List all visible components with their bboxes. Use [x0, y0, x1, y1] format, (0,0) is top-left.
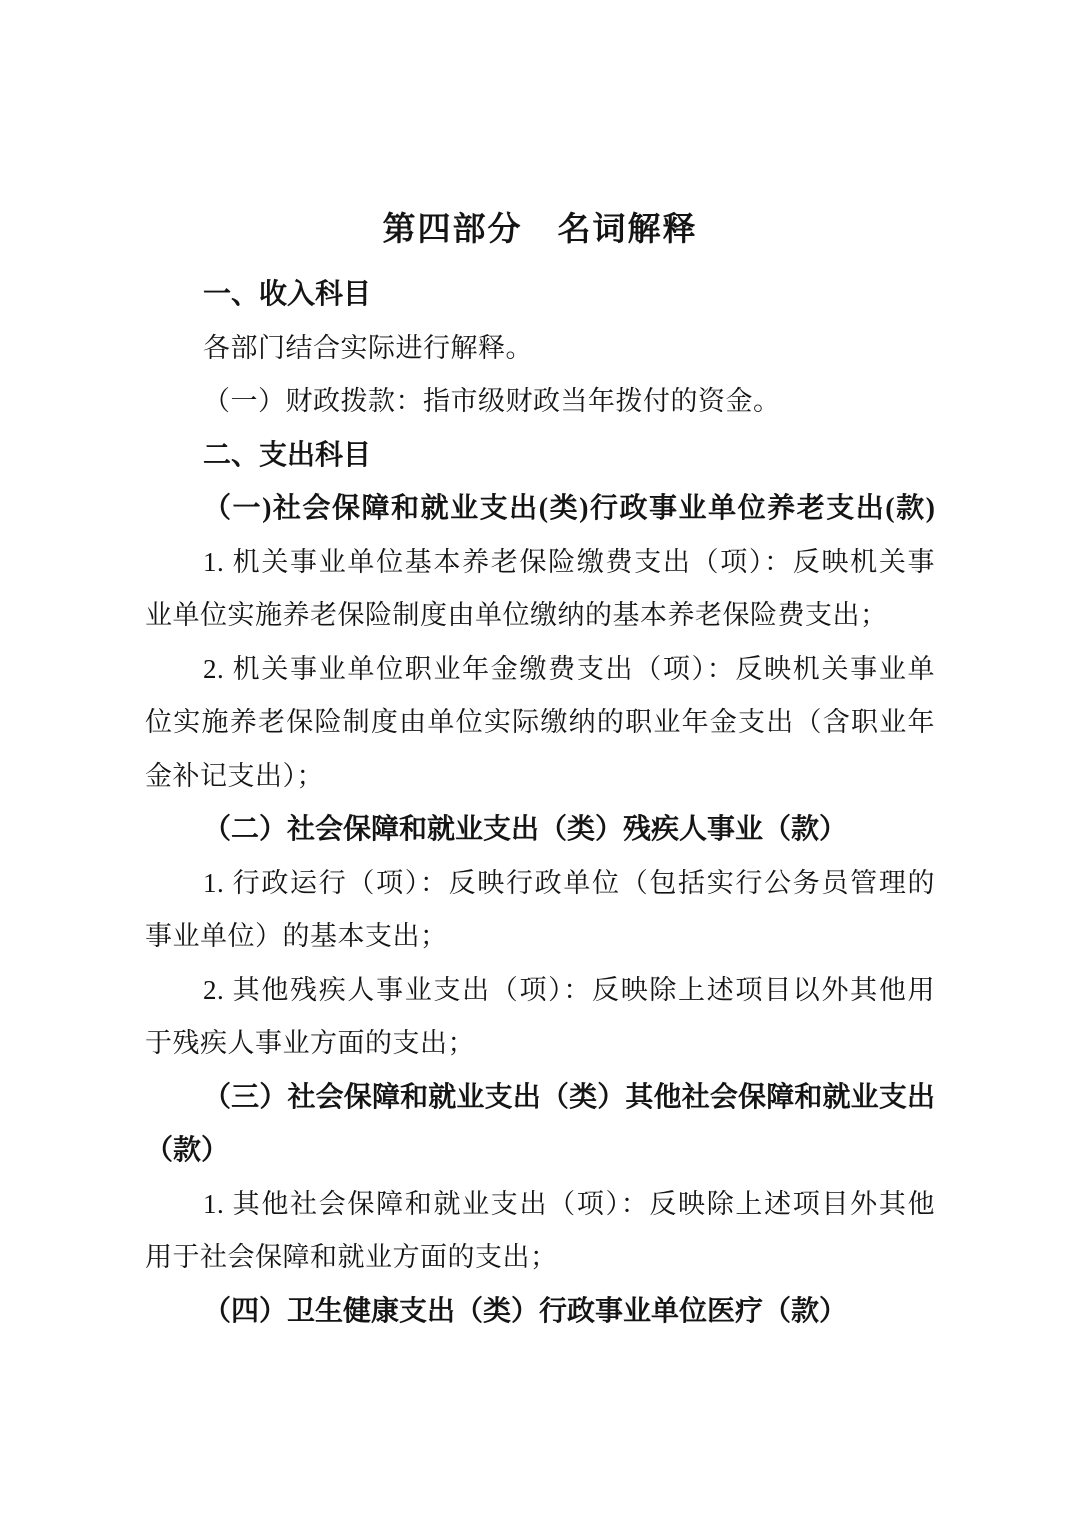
paragraph-block: 1. 机关事业单位基本养老保险缴费支出（项）：反映机关事业单位实施养老保险制度由…	[145, 536, 935, 643]
heading-block: 二、支出科目	[145, 429, 935, 483]
paragraph-block: 1. 行政运行（项）：反映行政单位（包括实行公务员管理的事业单位）的基本支出；	[145, 857, 935, 964]
heading-block: （四）卫生健康支出（类）行政事业单位医疗（款）	[145, 1285, 935, 1339]
text-line: （款）	[145, 1124, 935, 1178]
text-line: 业单位实施养老保险制度由单位缴纳的基本养老保险费支出；	[145, 589, 935, 643]
text-line: 各部门结合实际进行解释。	[145, 322, 935, 376]
text-line: 1. 行政运行（项）：反映行政单位（包括实行公务员管理的	[145, 857, 935, 911]
text-line: 1. 机关事业单位基本养老保险缴费支出（项）：反映机关事	[145, 536, 935, 590]
document-content: 第四部分 名词解释 一、收入科目各部门结合实际进行解释。（一）财政拨款：指市级财…	[145, 208, 935, 1338]
text-line: 二、支出科目	[145, 429, 935, 483]
text-line: 2. 机关事业单位职业年金缴费支出（项）：反映机关事业单	[145, 643, 935, 697]
heading-block: （二）社会保障和就业支出（类）残疾人事业（款）	[145, 803, 935, 857]
heading-block: （三）社会保障和就业支出（类）其他社会保障和就业支出（款）	[145, 1071, 935, 1178]
document-title: 第四部分 名词解释	[145, 208, 935, 268]
text-line: 用于社会保障和就业方面的支出；	[145, 1231, 935, 1285]
document-body: 一、收入科目各部门结合实际进行解释。（一）财政拨款：指市级财政当年拨付的资金。二…	[145, 268, 935, 1338]
text-line: （三）社会保障和就业支出（类）其他社会保障和就业支出	[145, 1071, 935, 1125]
paragraph-block: 2. 其他残疾人事业支出（项）：反映除上述项目以外其他用于残疾人事业方面的支出；	[145, 964, 935, 1071]
text-line: 位实施养老保险制度由单位实际缴纳的职业年金支出（含职业年	[145, 696, 935, 750]
text-line: （一）财政拨款：指市级财政当年拨付的资金。	[145, 375, 935, 429]
text-line: 一、收入科目	[145, 268, 935, 322]
text-line: 2. 其他残疾人事业支出（项）：反映除上述项目以外其他用	[145, 964, 935, 1018]
text-line: 事业单位）的基本支出；	[145, 910, 935, 964]
paragraph-block: 各部门结合实际进行解释。	[145, 322, 935, 376]
text-line: 金补记支出）；	[145, 750, 935, 804]
heading-block: （一)社会保障和就业支出(类)行政事业单位养老支出(款)	[145, 482, 935, 536]
heading-block: 一、收入科目	[145, 268, 935, 322]
paragraph-block: 2. 机关事业单位职业年金缴费支出（项）：反映机关事业单位实施养老保险制度由单位…	[145, 643, 935, 804]
paragraph-block: （一）财政拨款：指市级财政当年拨付的资金。	[145, 375, 935, 429]
text-line: （一)社会保障和就业支出(类)行政事业单位养老支出(款)	[145, 482, 935, 536]
text-line: 1. 其他社会保障和就业支出（项）：反映除上述项目外其他	[145, 1178, 935, 1232]
paragraph-block: 1. 其他社会保障和就业支出（项）：反映除上述项目外其他用于社会保障和就业方面的…	[145, 1178, 935, 1285]
text-line: （四）卫生健康支出（类）行政事业单位医疗（款）	[145, 1285, 935, 1339]
text-line: （二）社会保障和就业支出（类）残疾人事业（款）	[145, 803, 935, 857]
document-page: 第四部分 名词解释 一、收入科目各部门结合实际进行解释。（一）财政拨款：指市级财…	[0, 0, 1074, 1520]
text-line: 于残疾人事业方面的支出；	[145, 1017, 935, 1071]
